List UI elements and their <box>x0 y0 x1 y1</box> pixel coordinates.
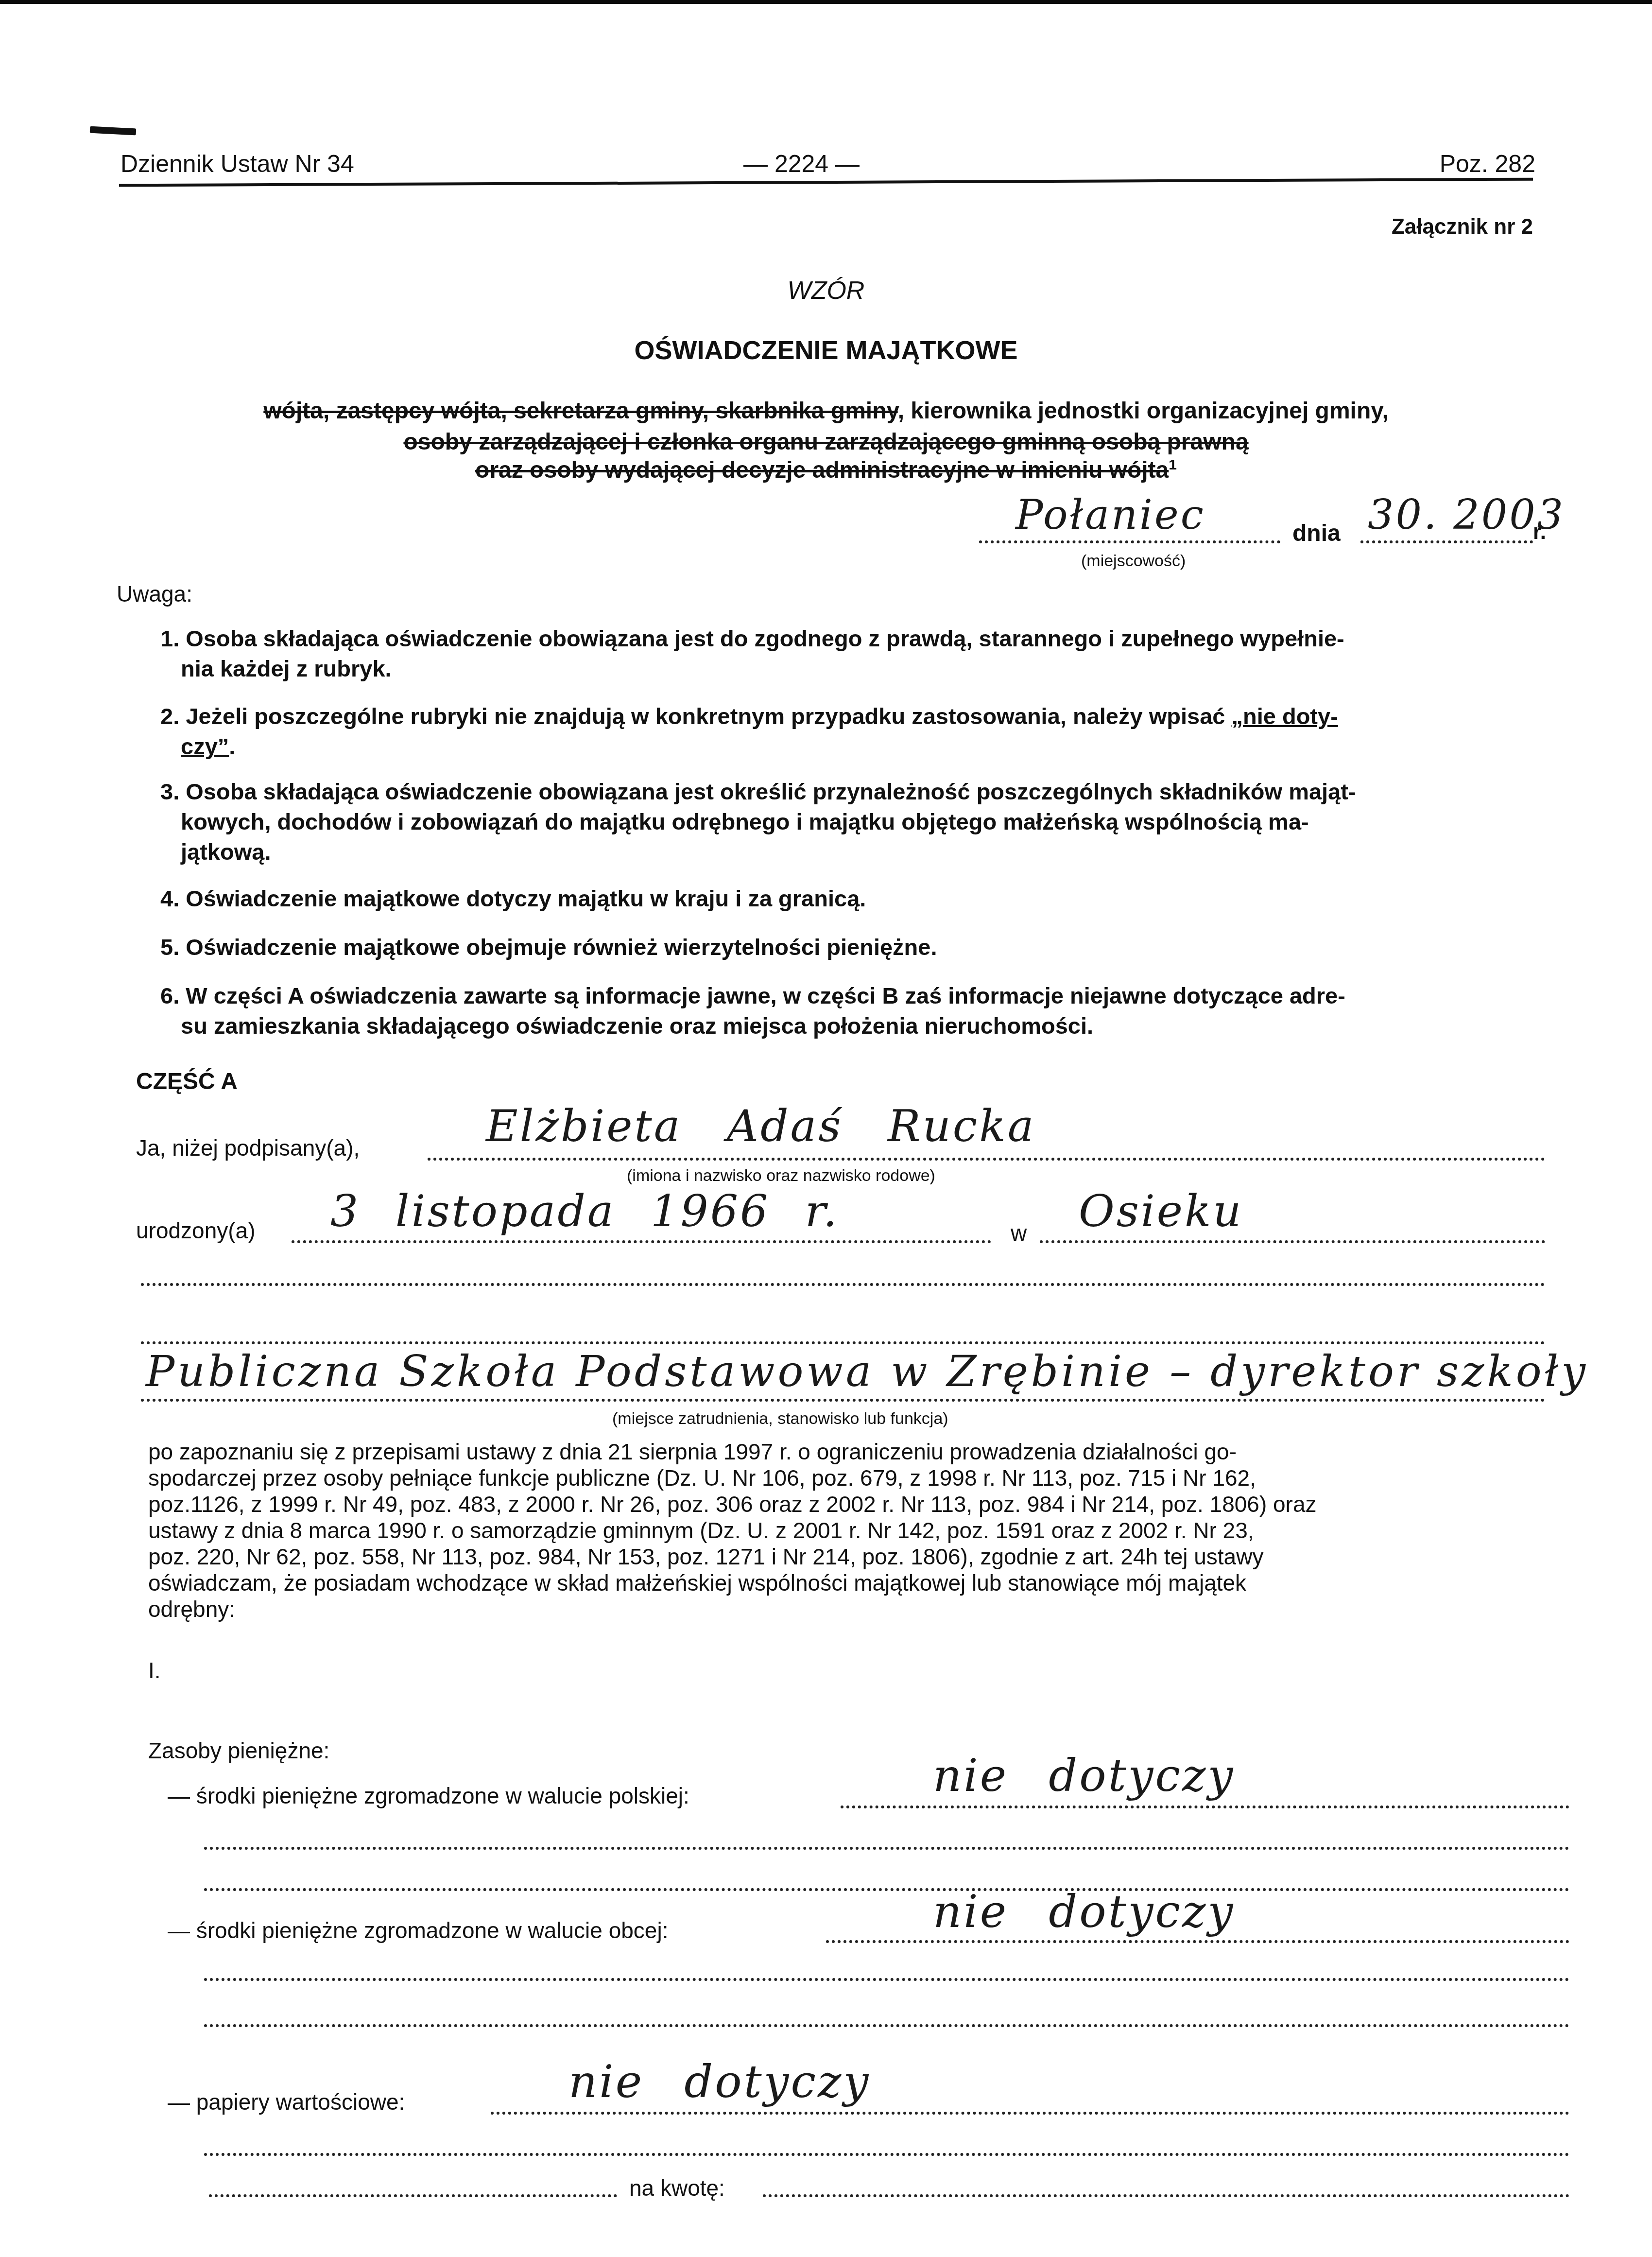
position-number: Poz. 282 <box>1440 150 1535 178</box>
note-quoted-cont: czy” <box>160 733 229 759</box>
section-heading: Zasoby pieniężne: <box>148 1737 329 1764</box>
born-date-dotted-line <box>292 1240 991 1243</box>
note-4: 4. Oświadczenie majątkowe dotyczy majątk… <box>160 884 1550 914</box>
section-roman: I. <box>148 1657 161 1684</box>
note-text: Oświadczenie majątkowe obejmuje również … <box>186 934 937 960</box>
place-field[interactable]: Połaniec <box>1015 491 1205 538</box>
employment-dotted-line <box>141 1399 1545 1402</box>
note-text-cont: kowych, dochodów i zobowiązań do majątku… <box>160 809 1309 834</box>
note-number: 4. <box>160 885 179 911</box>
scan-artifact-mark <box>90 126 137 136</box>
applies-to-line-3: oraz osoby wydającej decyzje administrac… <box>0 457 1652 484</box>
note-5: 5. Oświadczenie majątkowe obejmuje równi… <box>160 932 1550 962</box>
declaration-line: poz.1126, z 1999 r. Nr 49, poz. 483, z 2… <box>148 1491 1555 1517</box>
amount-label: na kwotę: <box>629 2175 725 2201</box>
foreign-dotted-line <box>826 1940 1569 1943</box>
note-number: 6. <box>160 983 179 1008</box>
note-text-cont: su zamieszkania składającego oświadczeni… <box>160 1013 1093 1039</box>
declaration-line: poz. 220, Nr 62, poz. 558, Nr 113, poz. … <box>148 1544 1555 1570</box>
kept-role: , kierownika jednostki organizacyjnej gm… <box>898 398 1389 424</box>
amount-field[interactable] <box>763 2194 1569 2197</box>
note-quoted: „nie doty- <box>1231 703 1338 729</box>
applies-to-line-2: osoby zarządzającej i członka organu zar… <box>0 429 1652 455</box>
date-suffix: r. <box>1533 520 1546 544</box>
declaration-line: spodarczej przez osoby pełniące funkcje … <box>148 1465 1555 1491</box>
note-text: Oświadczenie majątkowe dotyczy majątku w… <box>186 885 866 911</box>
field-value-securities[interactable]: nie dotyczy <box>568 2056 871 2108</box>
born-label: urodzony(a) <box>136 1217 255 1244</box>
born-in-label: w <box>1011 1220 1027 1246</box>
note-3: 3. Osoba składająca oświadczenie obowiąz… <box>160 777 1550 867</box>
declaration-line: ustawy z dnia 8 marca 1990 r. o samorząd… <box>148 1517 1555 1544</box>
employment-caption: (miejsce zatrudnienia, stanowisko lub fu… <box>612 1409 948 1428</box>
date-label: dnia <box>1292 520 1341 547</box>
note-6: 6. W części A oświadczenia zawarte są in… <box>160 981 1550 1041</box>
note-text: Osoba składająca oświadczenie obowiązana… <box>186 625 1344 651</box>
name-field[interactable]: Elżbieta Adaś Rucka <box>486 1101 1035 1152</box>
blank-dotted-line[interactable] <box>204 1888 1569 1891</box>
footnote-ref: 1 <box>1169 457 1177 473</box>
note-text: W części A oświadczenia zawarte są infor… <box>186 983 1345 1008</box>
date-dotted-line <box>1360 540 1533 543</box>
note-number: 5. <box>160 934 179 960</box>
field-value-pln[interactable]: nie dotyczy <box>933 1750 1235 1802</box>
amount-left-dotted-line[interactable] <box>209 2194 617 2197</box>
field-value-foreign[interactable]: nie dotyczy <box>933 1886 1235 1938</box>
notes-heading: Uwaga: <box>117 581 192 607</box>
note-number: 1. <box>160 625 179 651</box>
securities-dotted-line <box>491 2112 1569 2115</box>
born-place-field[interactable]: Osieku <box>1079 1186 1243 1237</box>
applies-to-line-1: wójta, zastępcy wójta, sekretarza gminy,… <box>0 398 1652 424</box>
journal-title: Dziennik Ustaw Nr 34 <box>120 150 354 178</box>
struck-roles: wójta, zastępcy wójta, sekretarza gminy,… <box>263 398 897 424</box>
scan-edge-bar <box>0 0 1652 4</box>
note-text-cont: nia każdej z rubryk. <box>160 656 392 681</box>
note-text-cont: . <box>229 733 235 759</box>
page-number: — 2224 — <box>743 150 860 178</box>
place-caption: (miejscowość) <box>1081 552 1186 571</box>
born-place-dotted-line <box>1040 1240 1545 1243</box>
declaration-line: odrębny: <box>148 1596 1555 1622</box>
declaration-line: po zapoznaniu się z przepisami ustawy z … <box>148 1439 1555 1465</box>
blank-dotted-line[interactable] <box>141 1283 1545 1286</box>
struck-role-line3: oraz osoby wydającej decyzje administrac… <box>475 457 1169 483</box>
blank-dotted-line[interactable] <box>204 1978 1569 1981</box>
attachment-label: Załącznik nr 2 <box>1392 215 1533 239</box>
note-text: Osoba składająca oświadczenie obowiązana… <box>186 779 1356 804</box>
born-date-field[interactable]: 3 listopada 1966 r. <box>330 1186 839 1237</box>
field-label-foreign: — środki pieniężne zgromadzone w walucie… <box>168 1917 668 1944</box>
field-label-securities: — papiery wartościowe: <box>168 2089 405 2115</box>
declaration-line: oświadczam, że posiadam wchodzące w skła… <box>148 1570 1555 1596</box>
note-2: 2. Jeżeli poszczególne rubryki nie znajd… <box>160 701 1550 762</box>
header-rule <box>119 178 1533 187</box>
declaration-paragraph: po zapoznaniu się z przepisami ustawy z … <box>148 1439 1555 1622</box>
pln-dotted-line <box>841 1806 1569 1808</box>
blank-dotted-line[interactable] <box>204 1847 1569 1850</box>
note-text: Jeżeli poszczególne rubryki nie znajdują… <box>186 703 1225 729</box>
field-label-pln: — środki pieniężne zgromadzone w walucie… <box>168 1783 689 1809</box>
employment-field[interactable]: Publiczna Szkoła Podstawowa w Zrębinie –… <box>146 1346 1588 1396</box>
blank-dotted-line[interactable] <box>141 1341 1545 1344</box>
note-text-cont: jątkową. <box>160 839 271 865</box>
note-number: 2. <box>160 703 179 729</box>
template-label: WZÓR <box>0 276 1652 305</box>
blank-dotted-line[interactable] <box>204 2153 1569 2156</box>
name-label: Ja, niżej podpisany(a), <box>136 1135 360 1161</box>
note-1: 1. Osoba składająca oświadczenie obowiąz… <box>160 624 1550 684</box>
part-a-heading: CZĘŚĆ A <box>136 1068 238 1095</box>
blank-dotted-line[interactable] <box>204 2024 1569 2027</box>
place-dotted-line <box>979 540 1280 543</box>
note-number: 3. <box>160 779 179 804</box>
name-dotted-line <box>428 1158 1545 1161</box>
name-caption: (imiona i nazwisko oraz nazwisko rodowe) <box>627 1166 935 1185</box>
form-title: OŚWIADCZENIE MAJĄTKOWE <box>0 335 1652 365</box>
